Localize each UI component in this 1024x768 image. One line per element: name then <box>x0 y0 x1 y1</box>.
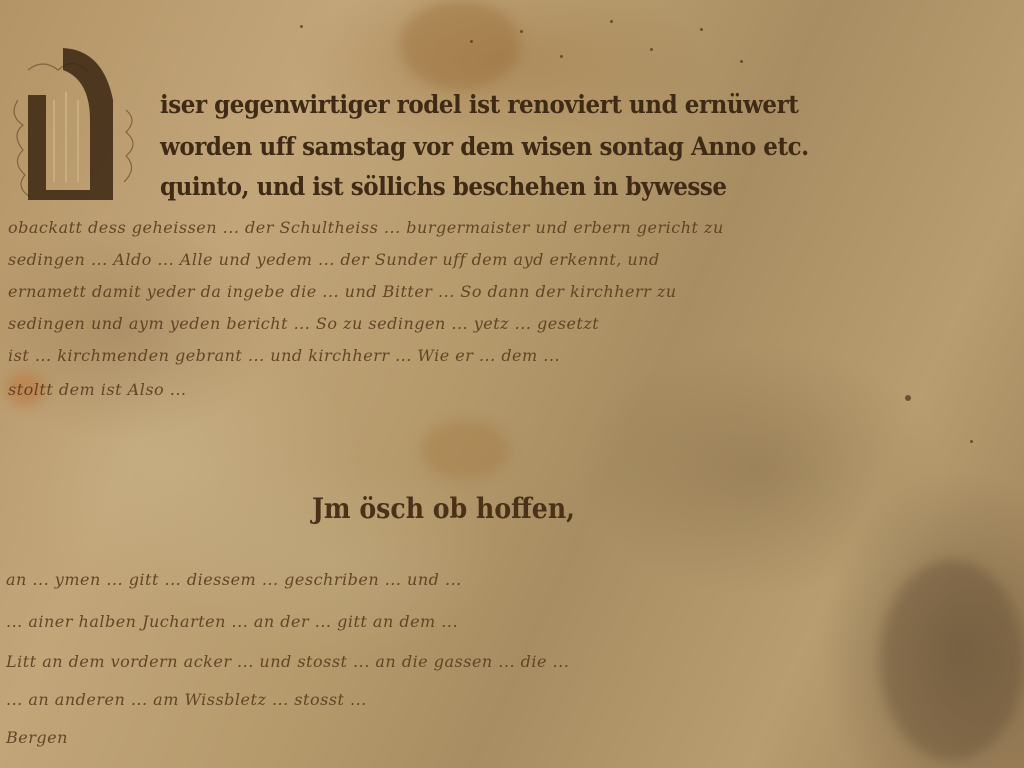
decorated-initial-d-icon <box>8 40 138 215</box>
shadow-stain <box>880 560 1024 760</box>
section-line-3: Litt an dem vordern acker ... und stosst… <box>6 652 569 671</box>
section-line-1: an ... ymen ... gitt ... diessem ... ges… <box>6 570 462 589</box>
section-line-5: Bergen <box>6 728 68 747</box>
textura-line-3: quinto, und ist söllichs beschehen in by… <box>160 172 727 201</box>
cursive-line-4: sedingen und aym yeden bericht ... So zu… <box>8 314 599 333</box>
water-stain <box>400 0 520 90</box>
cursive-line-5: ist ... kirchmenden gebrant ... und kirc… <box>8 346 560 365</box>
water-stain <box>420 420 510 480</box>
section-line-2: ... ainer halben Jucharten ... an der ..… <box>6 612 458 631</box>
section-line-4: ... an anderen ... am Wissbletz ... stos… <box>6 690 367 709</box>
textura-line-1: iser gegenwirtiger rodel ist renoviert u… <box>160 90 798 119</box>
cursive-line-6: stoltt dem ist Also ... <box>8 380 187 399</box>
section-heading: Jm ösch ob hoffen, <box>312 492 575 525</box>
cursive-line-2: sedingen ... Aldo ... Alle und yedem ...… <box>8 250 660 269</box>
cursive-line-1: obackatt dess geheissen ... der Schulthe… <box>8 218 724 237</box>
textura-line-2: worden uff samstag vor dem wisen sontag … <box>160 132 809 161</box>
cursive-line-3: ernamett damit yeder da ingebe die ... u… <box>8 282 677 301</box>
